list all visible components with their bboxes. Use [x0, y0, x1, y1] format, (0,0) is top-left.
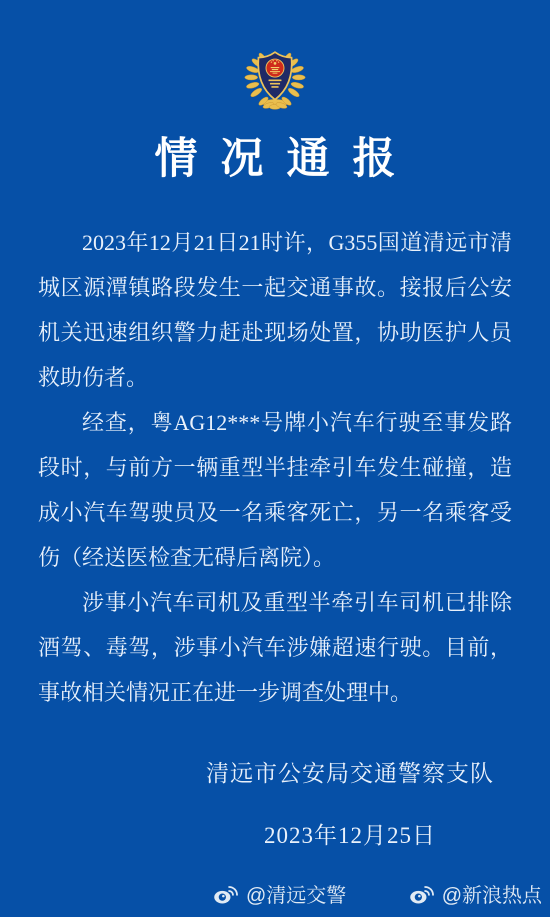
- signature-block: 清远市公安局交通警察支队 2023年12月25日: [206, 755, 494, 850]
- weibo-icon: [212, 883, 239, 905]
- weibo-handle: @清远交警: [246, 879, 346, 908]
- weibo-watermark-left: @清远交警: [212, 879, 346, 908]
- issuing-authority: 清远市公安局交通警察支队: [206, 755, 494, 788]
- notice-date: 2023年12月25日: [206, 817, 494, 850]
- notice-paragraph: 涉事小汽车司机及重型半牵引车司机已排除酒驾、毒驾，涉事小汽车涉嫌超速行驶。目前，…: [38, 580, 512, 715]
- weibo-watermark-right: @新浪热点: [408, 879, 542, 908]
- notice-paragraph: 经查，粤AG12***号牌小汽车行驶至事发路段时，与前方一辆重型半挂牵引车发生碰…: [38, 400, 512, 580]
- notice-title: 情况通报: [0, 136, 550, 183]
- police-badge-icon: [239, 44, 311, 118]
- notice-body: 2023年12月21日21时许，G355国道清远市清城区源潭镇路段发生一起交通事…: [0, 183, 550, 715]
- notice-paragraph: 2023年12月21日21时许，G355国道清远市清城区源潭镇路段发生一起交通事…: [38, 220, 512, 400]
- weibo-handle: @新浪热点: [442, 879, 542, 908]
- notice-page: { "notice": { "title": "情况通报", "paragrap…: [0, 0, 550, 917]
- weibo-icon: [408, 883, 435, 905]
